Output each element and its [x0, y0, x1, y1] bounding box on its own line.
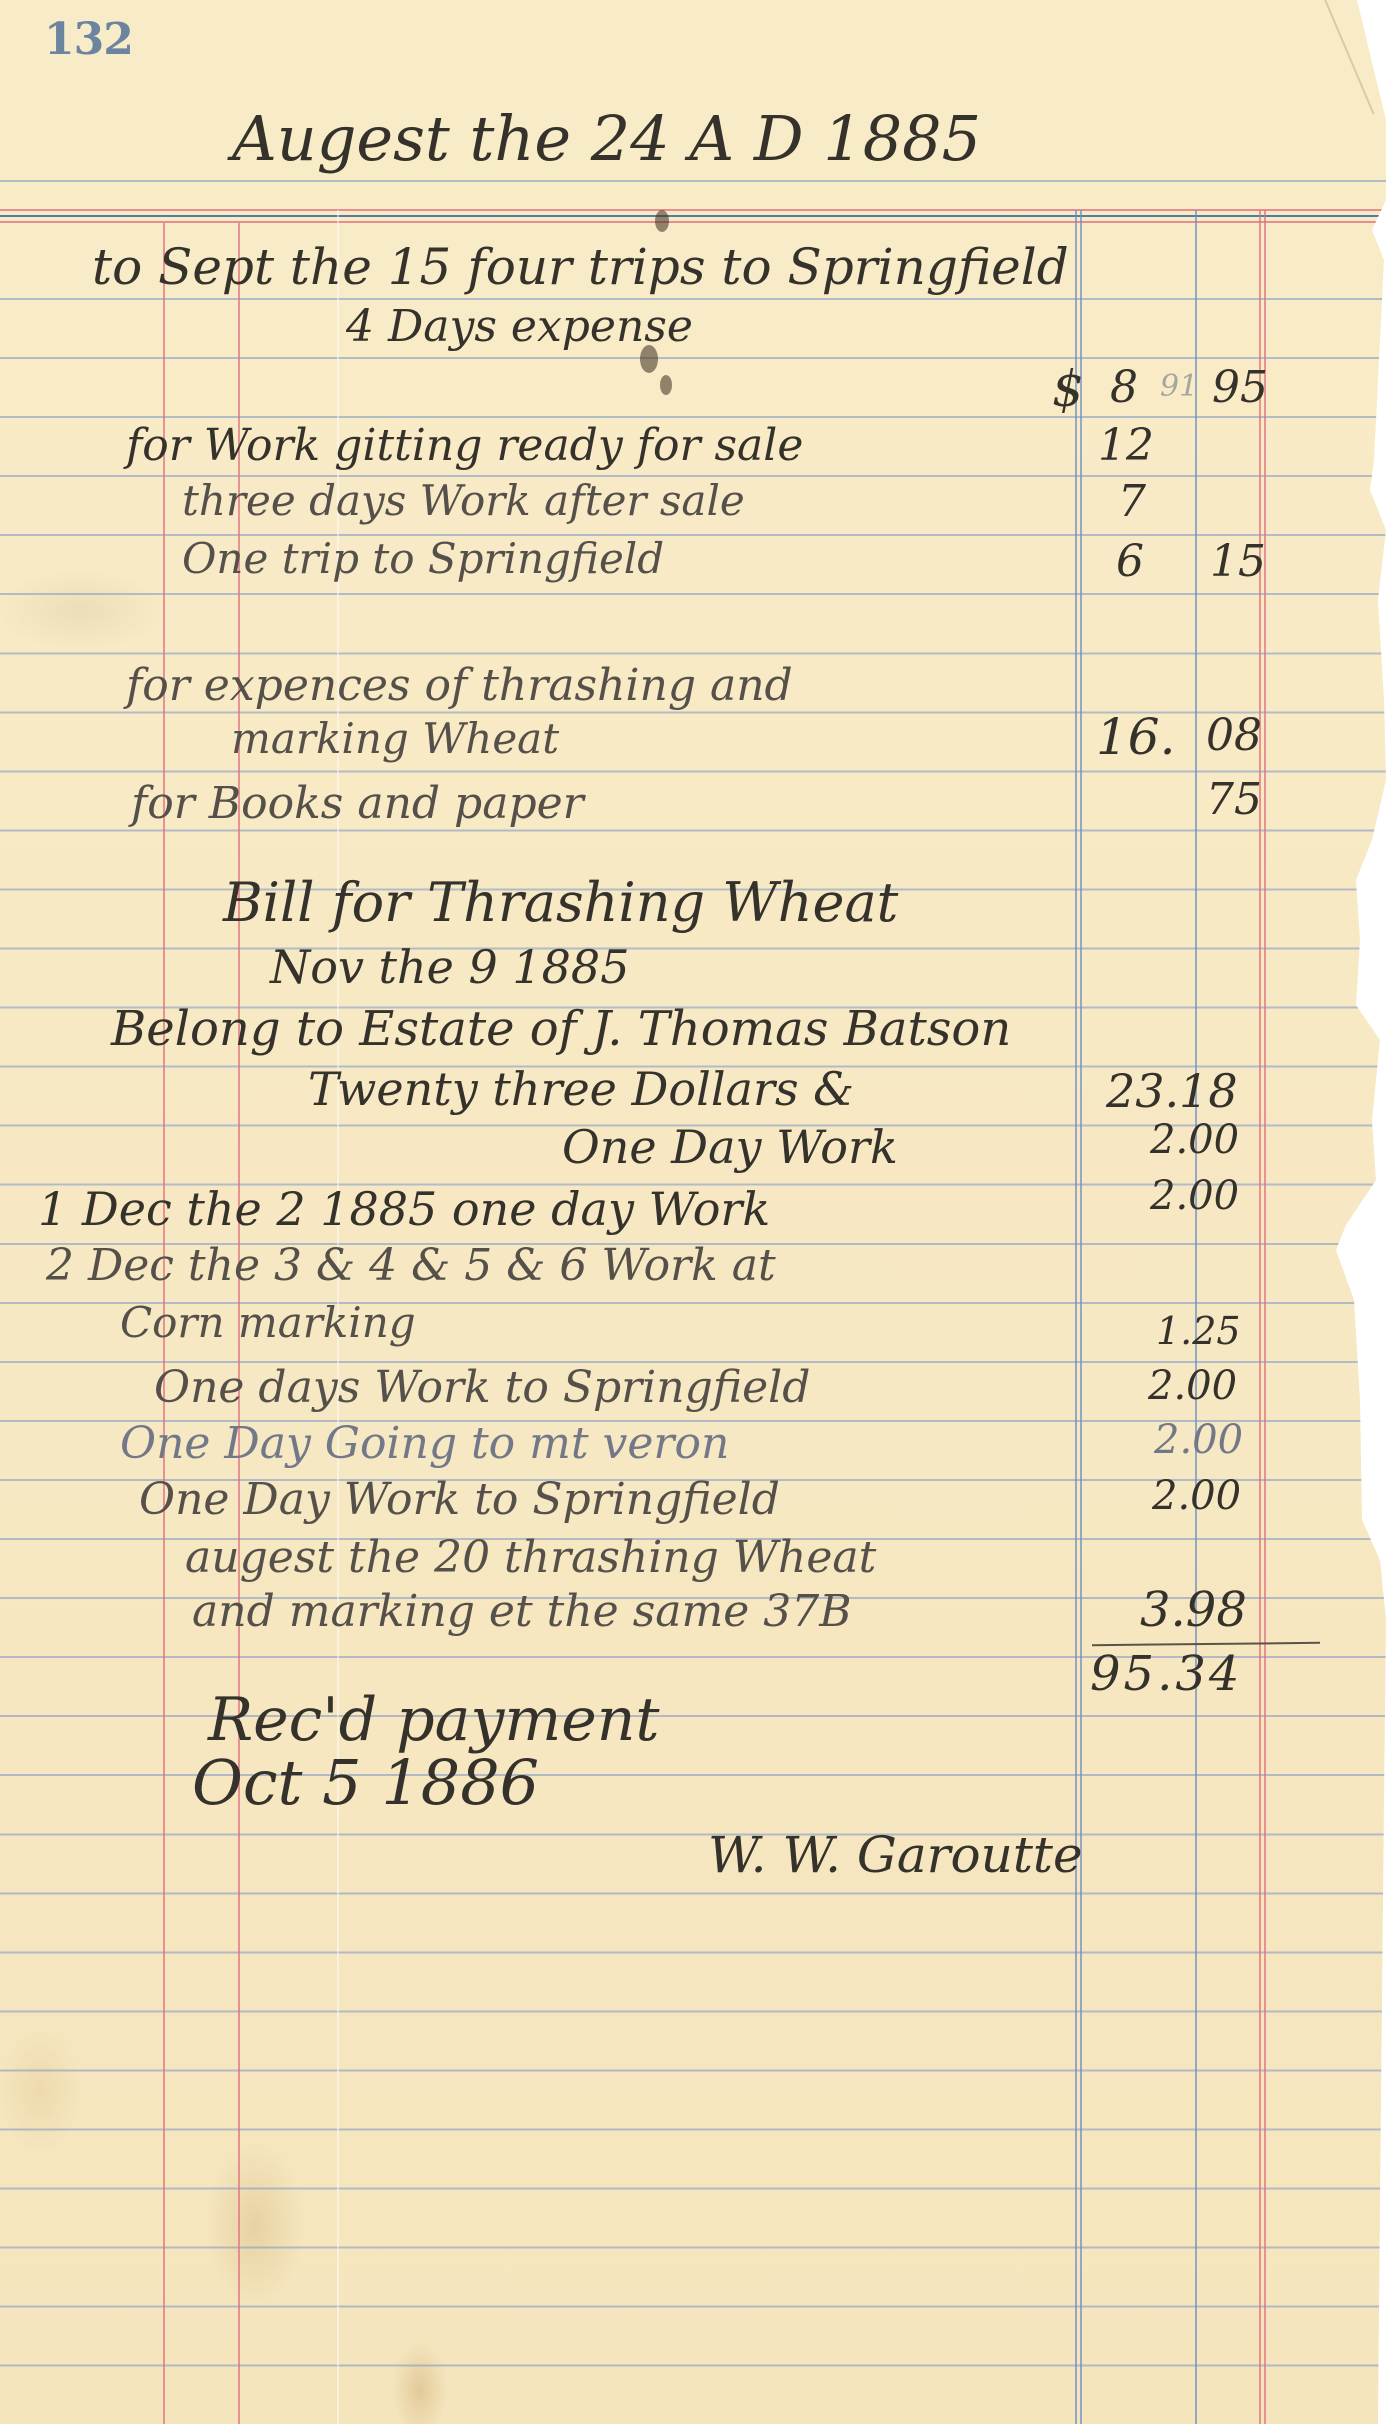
receipt-date: Oct 5 1886 — [192, 1752, 539, 1814]
ink-blot — [660, 375, 672, 395]
entry-text: marking Wheat — [231, 718, 559, 760]
bill-amount: 1.25 — [1156, 1312, 1241, 1350]
entry-text: three days Work after sale — [182, 480, 745, 522]
bill-line: Corn marking — [120, 1302, 416, 1344]
bill-line: and marking et the same 37B — [192, 1590, 852, 1634]
bill-amount: 3.98 — [1140, 1586, 1247, 1634]
smudged-note: 91 — [1160, 372, 1198, 402]
entry-text: 4 Days expense — [346, 305, 693, 349]
currency-symbol: $ — [1052, 364, 1084, 414]
bill-belong-to: Belong to Estate of J. Thomas Batson — [111, 1005, 1011, 1053]
ink-blot — [655, 210, 669, 232]
bill-line: One Day Work — [562, 1124, 898, 1170]
bill-amount: 2.00 — [1152, 1476, 1241, 1516]
amount-dollars: 12 — [1098, 424, 1154, 468]
entry-text: for expences of thrashing and — [126, 664, 793, 708]
bill-line: One days Work to Springfield — [154, 1366, 810, 1410]
header-blue-rule — [0, 215, 1386, 217]
bill-title: Bill for Thrashing Wheat — [223, 876, 898, 930]
entry-text: for Books and paper — [131, 782, 584, 826]
amount-cents: 75 — [1206, 778, 1262, 822]
amount-dollars: 7 — [1118, 480, 1146, 524]
amount-dollars: 6 — [1116, 540, 1144, 584]
bill-amount: 2.00 — [1148, 1366, 1237, 1406]
entry-text: for Work gitting ready for sale — [126, 424, 803, 468]
bill-line: One Day Work to Springfield — [139, 1478, 780, 1522]
bill-amount: 2.00 — [1150, 1120, 1239, 1160]
bill-line: Twenty three Dollars & — [308, 1066, 854, 1112]
amount-cents: 15 — [1210, 540, 1266, 584]
receipt-received: Rec'd payment — [208, 1690, 660, 1750]
bill-amount: 2.00 — [1154, 1420, 1243, 1460]
header-red-rule-2 — [0, 221, 1386, 223]
header-red-rule — [0, 209, 1386, 211]
amount-dollars: 16. — [1096, 712, 1176, 762]
amount-dollars: 8 — [1110, 366, 1138, 410]
corner-fold — [1322, 0, 1375, 115]
bill-line: augest the 20 thrashing Wheat — [185, 1536, 876, 1580]
bill-date: Nov the 9 1885 — [270, 944, 629, 990]
page-number: 132 — [44, 14, 133, 65]
bill-line: 2 Dec the 3 & 4 & 5 & 6 Work at — [46, 1244, 776, 1288]
heading-date: Augest the 24 A D 1885 — [232, 108, 981, 170]
dollar-column-line-2 — [1080, 210, 1082, 2424]
entry-text: One trip to Springfield — [182, 538, 664, 580]
bill-line: 1 Dec the 2 1885 one day Work — [38, 1186, 770, 1232]
bill-amount: 23.18 — [1106, 1068, 1238, 1114]
signature: W. W. Garoutte — [708, 1830, 1083, 1880]
ledger-sheet: 132 Augest the 24 A D 1885 to Sept the 1… — [0, 0, 1386, 2424]
bill-amount: 2.00 — [1150, 1176, 1239, 1216]
bill-line: One Day Going to mt veron — [120, 1422, 729, 1466]
amount-cents: 08 — [1206, 714, 1262, 758]
bill-total: 95.34 — [1090, 1650, 1242, 1698]
top-rule — [0, 180, 1386, 182]
entry-text: to Sept the 15 four trips to Springfield — [92, 242, 1069, 292]
amount-cents: 95 — [1212, 366, 1268, 410]
dollar-column-line — [1075, 210, 1077, 2424]
horizontal-rules — [0, 298, 1386, 2424]
